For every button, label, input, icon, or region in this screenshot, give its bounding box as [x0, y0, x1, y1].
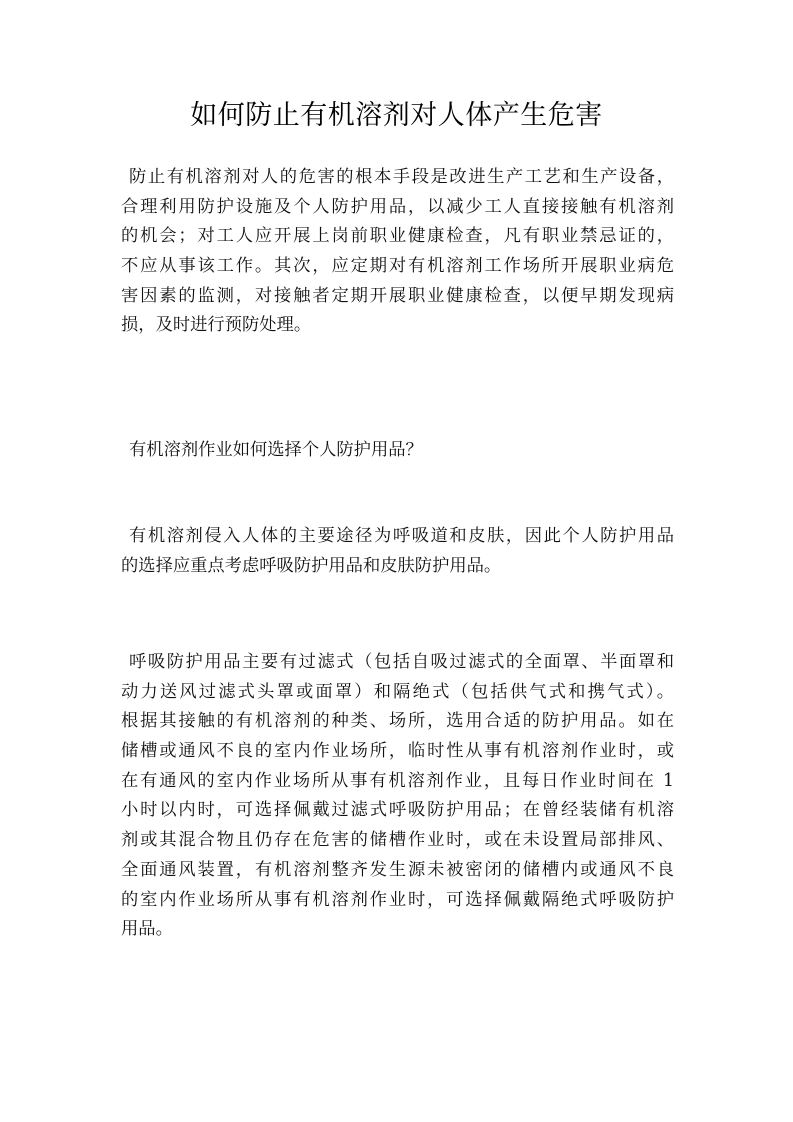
text-line: 小时以内时，可选择佩戴过滤式呼吸防护用品；在曾经装储有机溶	[121, 796, 674, 826]
text-line: 有机溶剂侵入人体的主要途径为呼吸道和皮肤，因此个人防护用品	[121, 522, 674, 552]
text-line: 害因素的监测，对接触者定期开展职业健康检查，以便早期发现病	[121, 282, 674, 312]
text-line: 在有通风的室内作业场所从事有机溶剂作业，且每日作业时间在 1	[121, 767, 674, 797]
text-line: 有机溶剂作业如何选择个人防护用品？	[121, 436, 674, 466]
text-line: 全面通风装置，有机溶剂整齐发生源未被密闭的储槽内或通风不良	[121, 856, 674, 886]
text-line: 损，及时进行预防处理。	[121, 311, 674, 341]
paragraph-exposure-routes: 有机溶剂侵入人体的主要途径为呼吸道和皮肤，因此个人防护用品 的选择应重点考虑呼吸…	[121, 522, 674, 581]
document-title: 如何防止有机溶剂对人体产生危害	[0, 96, 793, 136]
text-line: 的室内作业场所从事有机溶剂作业时，可选择佩戴隔绝式呼吸防护	[121, 886, 674, 916]
document-page: 如何防止有机溶剂对人体产生危害 防止有机溶剂对人的危害的根本手段是改进生产工艺和…	[0, 0, 793, 1122]
text-line: 不应从事该工作。其次，应定期对有机溶剂工作场所开展职业病危	[121, 252, 674, 282]
text-line: 根据其接触的有机溶剂的种类、场所，选用合适的防护用品。如在	[121, 707, 674, 737]
text-line: 剂或其混合物且仍存在危害的储槽作业时，或在未设置局部排风、	[121, 826, 674, 856]
section-heading-ppe-question: 有机溶剂作业如何选择个人防护用品？	[121, 436, 674, 466]
text-line: 储槽或通风不良的室内作业场所，临时性从事有机溶剂作业时，或	[121, 737, 674, 767]
paragraph-respiratory-protection: 呼吸防护用品主要有过滤式（包括自吸过滤式的全面罩、半面罩和 动力送风过滤式头罩或…	[121, 648, 674, 945]
text-line: 的机会；对工人应开展上岗前职业健康检查，凡有职业禁忌证的，	[121, 222, 674, 252]
text-line: 动力送风过滤式头罩或面罩）和隔绝式（包括供气式和携气式）。	[121, 678, 674, 708]
paragraph-prevention-measures: 防止有机溶剂对人的危害的根本手段是改进生产工艺和生产设备， 合理利用防护设施及个…	[121, 163, 674, 341]
text-line: 防止有机溶剂对人的危害的根本手段是改进生产工艺和生产设备，	[121, 163, 674, 193]
text-line: 呼吸防护用品主要有过滤式（包括自吸过滤式的全面罩、半面罩和	[121, 648, 674, 678]
text-line: 的选择应重点考虑呼吸防护用品和皮肤防护用品。	[121, 552, 674, 582]
text-line: 用品。	[121, 915, 674, 945]
text-line: 合理利用防护设施及个人防护用品，以减少工人直接接触有机溶剂	[121, 193, 674, 223]
